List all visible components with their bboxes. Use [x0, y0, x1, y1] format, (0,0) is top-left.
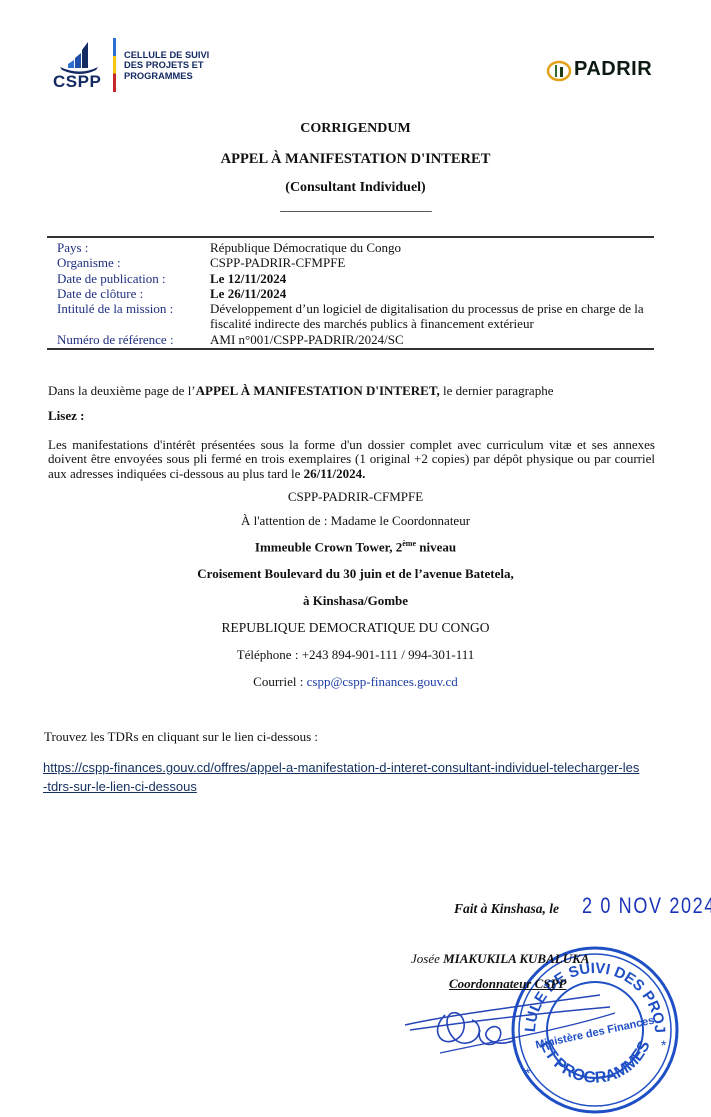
svg-text:*: * — [525, 1065, 531, 1081]
info-label: Intitulé de la mission : — [47, 301, 210, 332]
wheat-emblem-icon — [546, 60, 572, 82]
floor-superscript: ème — [402, 539, 416, 548]
info-value: CSPP-PADRIR-CFMPFE — [210, 255, 654, 270]
svg-text:*: * — [661, 1037, 667, 1053]
info-value: République Démocratique du Congo — [210, 240, 654, 255]
padrir-logo: PADRIR — [546, 58, 676, 84]
info-value: Le 26/11/2024 — [210, 286, 654, 301]
date-stamp: 2 0 NOV 2024 — [582, 893, 711, 919]
signer-first-name: Josée — [411, 951, 440, 966]
cspp-full-name: CELLULE DE SUIVI DES PROJETS ET PROGRAMM… — [124, 50, 209, 81]
subtitle: (Consultant Individuel) — [0, 180, 711, 196]
place-date-label: Fait à Kinshasa, le — [454, 901, 559, 917]
floor-suffix: niveau — [416, 539, 456, 554]
signer-name: Josée MIAKUKILA KUBALUKA — [411, 951, 589, 967]
intro-prefix: Dans la deuxième page de l’ — [48, 383, 196, 398]
main-title: APPEL À MANIFESTATION D'INTERET — [0, 151, 711, 168]
email-label: Courriel : — [253, 674, 306, 689]
info-row-organisation: Organisme : CSPP-PADRIR-CFMPFE — [47, 255, 654, 270]
info-label: Organisme : — [47, 255, 210, 270]
flag-bar — [113, 38, 116, 92]
info-label: Date de clôture : — [47, 286, 210, 301]
signer-last-name: MIAKUKILA KUBALUKA — [443, 951, 589, 966]
handwritten-signature-icon — [400, 985, 630, 1065]
info-row-country: Pays : République Démocratique du Congo — [47, 240, 654, 255]
cspp-logo: CSPP CELLULE DE SUIVI DES PROJETS ET PRO… — [52, 38, 212, 94]
address-email-line: Courriel : cspp@cspp-finances.gouv.cd — [0, 674, 711, 690]
info-label: Date de publication : — [47, 271, 210, 286]
info-label: Pays : — [47, 240, 210, 255]
address-city: à Kinshasa/Gombe — [0, 593, 711, 609]
info-value: AMI n°001/CSPP-PADRIR/2024/SC — [210, 332, 654, 347]
cspp-acronym: CSPP — [53, 72, 101, 92]
address-building: Immeuble Crown Tower, 2ème niveau — [0, 539, 711, 555]
building-text: Immeuble Crown Tower, 2 — [255, 539, 402, 554]
info-value: Développement d’un logiciel de digitalis… — [210, 301, 654, 332]
info-row-publication-date: Date de publication : Le 12/11/2024 — [47, 271, 654, 286]
info-row-closing-date: Date de clôture : Le 26/11/2024 — [47, 286, 654, 301]
read-label: Lisez : — [48, 409, 655, 423]
address-org: CSPP-PADRIR-CFMPFE — [0, 489, 711, 505]
info-label: Numéro de référence : — [47, 332, 210, 347]
corrigendum-title: CORRIGENDUM — [0, 121, 711, 137]
intro-paragraph: Dans la deuxième page de l’APPEL À MANIF… — [48, 384, 655, 398]
info-row-reference: Numéro de référence : AMI n°001/CSPP-PAD… — [47, 332, 654, 347]
separator-line: ----------------------------------------… — [0, 206, 711, 217]
info-row-mission: Intitulé de la mission : Développement d… — [47, 301, 654, 332]
info-value: Le 12/11/2024 — [210, 271, 654, 286]
tdr-link[interactable]: https://cspp-finances.gouv.cd/offres/app… — [43, 758, 643, 796]
intro-suffix: le dernier paragraphe — [440, 383, 554, 398]
deadline: 26/11/2024. — [304, 466, 366, 481]
info-table: Pays : République Démocratique du Congo … — [47, 236, 654, 350]
address-street: Croisement Boulevard du 30 juin et de l’… — [0, 566, 711, 582]
padrir-name: PADRIR — [574, 58, 652, 81]
tdr-instruction: Trouvez les TDRs en cliquant sur le lien… — [44, 729, 318, 745]
address-phone: Téléphone : +243 894-901-111 / 994-301-1… — [0, 647, 711, 663]
email-link[interactable]: cspp@cspp-finances.gouv.cd — [307, 674, 458, 689]
address-country: REPUBLIQUE DEMOCRATIQUE DU CONGO — [0, 620, 711, 636]
intro-bold: APPEL À MANIFESTATION D'INTERET, — [196, 383, 440, 398]
corrected-paragraph: Les manifestations d'intérêt présentées … — [48, 438, 655, 481]
address-attention: À l'attention de : Madame le Coordonnate… — [0, 513, 711, 529]
